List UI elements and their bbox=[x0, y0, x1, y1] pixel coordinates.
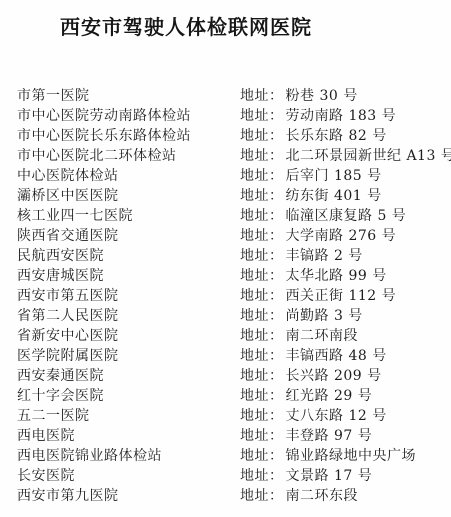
hospital-row: 核工业四一七医院地址：临潼区康复路 5 号 bbox=[0, 206, 451, 226]
hospital-address: 地址：长兴路 209 号 bbox=[240, 366, 382, 386]
hospital-row: 市第一医院地址：粉巷 30 号 bbox=[0, 86, 451, 106]
hospital-name: 核工业四一七医院 bbox=[17, 206, 223, 226]
address-value: 临潼区康复路 5 号 bbox=[286, 208, 407, 224]
hospital-row: 陕西省交通医院地址：大学南路 276 号 bbox=[0, 226, 451, 246]
address-label: 地址： bbox=[240, 328, 284, 344]
address-value: 大学南路 276 号 bbox=[286, 228, 397, 244]
hospital-address: 地址：太华北路 99 号 bbox=[240, 266, 387, 286]
address-value: 南二环东段 bbox=[286, 488, 359, 504]
hospital-address: 地址：丰登路 97 号 bbox=[240, 426, 372, 446]
hospital-row: 市中心医院劳动南路体检站地址：劳动南路 183 号 bbox=[0, 106, 451, 126]
address-value: 北二环景园新世纪 A13 号 bbox=[286, 148, 451, 164]
hospital-name: 西安市第五医院 bbox=[17, 286, 223, 306]
hospital-row: 西安市第五医院地址：西关正街 112 号 bbox=[0, 286, 451, 306]
hospital-address: 地址：尚勤路 3 号 bbox=[240, 306, 363, 326]
hospital-row: 医学院附属医院地址：丰镐西路 48 号 bbox=[0, 346, 451, 366]
address-label: 地址： bbox=[240, 148, 284, 164]
hospital-row: 民航西安医院地址：丰镐路 2 号 bbox=[0, 246, 451, 266]
address-label: 地址： bbox=[240, 488, 284, 504]
hospital-address: 地址：红光路 29 号 bbox=[240, 386, 372, 406]
hospital-name: 市中心医院劳动南路体检站 bbox=[17, 106, 223, 126]
hospital-address: 地址：丰镐路 2 号 bbox=[240, 246, 363, 266]
hospital-name: 陕西省交通医院 bbox=[17, 226, 223, 246]
hospital-row: 市中心医院北二环体检站地址：北二环景园新世纪 A13 号 bbox=[0, 146, 451, 166]
hospital-row: 西电医院地址：丰登路 97 号 bbox=[0, 426, 451, 446]
address-value: 丰镐路 2 号 bbox=[286, 248, 363, 264]
address-label: 地址： bbox=[240, 88, 284, 104]
hospital-row: 市中心医院长乐东路体检站地址：长乐东路 82 号 bbox=[0, 126, 451, 146]
address-label: 地址： bbox=[240, 308, 284, 324]
hospital-address: 地址：临潼区康复路 5 号 bbox=[240, 206, 406, 226]
address-value: 锦业路绿地中央广场 bbox=[286, 448, 417, 464]
hospital-row: 西安秦通医院地址：长兴路 209 号 bbox=[0, 366, 451, 386]
address-value: 纺东街 401 号 bbox=[286, 188, 382, 204]
hospital-address: 地址：长乐东路 82 号 bbox=[240, 126, 387, 146]
hospital-address: 地址：南二环东段 bbox=[240, 486, 358, 506]
address-label: 地址： bbox=[240, 168, 284, 184]
page-title: 西安市驾驶人体检联网医院 bbox=[0, 0, 451, 39]
hospital-name: 市第一医院 bbox=[17, 86, 223, 106]
address-value: 丰登路 97 号 bbox=[286, 428, 373, 444]
address-label: 地址： bbox=[240, 428, 284, 444]
address-label: 地址： bbox=[240, 368, 284, 384]
address-value: 长乐东路 82 号 bbox=[286, 128, 387, 144]
address-value: 太华北路 99 号 bbox=[286, 268, 387, 284]
address-value: 后宰门 185 号 bbox=[286, 168, 382, 184]
hospital-address: 地址：大学南路 276 号 bbox=[240, 226, 396, 246]
hospital-row: 西安唐城医院地址：太华北路 99 号 bbox=[0, 266, 451, 286]
hospital-row: 五二一医院地址：丈八东路 12 号 bbox=[0, 406, 451, 426]
address-value: 劳动南路 183 号 bbox=[286, 108, 397, 124]
hospital-name: 省第二人民医院 bbox=[17, 306, 223, 326]
hospital-address: 地址：纺东街 401 号 bbox=[240, 186, 382, 206]
address-label: 地址： bbox=[240, 288, 284, 304]
hospital-address: 地址：丈八东路 12 号 bbox=[240, 406, 387, 426]
address-label: 地址： bbox=[240, 108, 284, 124]
hospital-name: 五二一医院 bbox=[17, 406, 223, 426]
hospital-name: 西安秦通医院 bbox=[17, 366, 223, 386]
hospital-address: 地址：后宰门 185 号 bbox=[240, 166, 382, 186]
hospital-row: 中心医院体检站地址：后宰门 185 号 bbox=[0, 166, 451, 186]
hospital-name: 灞桥区中医医院 bbox=[17, 186, 223, 206]
hospital-name: 西电医院 bbox=[17, 426, 223, 446]
hospital-name: 长安医院 bbox=[17, 466, 223, 486]
hospital-row: 西电医院锦业路体检站地址：锦业路绿地中央广场 bbox=[0, 446, 451, 466]
address-label: 地址： bbox=[240, 128, 284, 144]
hospital-address: 地址：西关正街 112 号 bbox=[240, 286, 396, 306]
address-label: 地址： bbox=[240, 448, 284, 464]
address-value: 南二环南段 bbox=[286, 328, 359, 344]
hospital-address: 地址：锦业路绿地中央广场 bbox=[240, 446, 416, 466]
address-label: 地址： bbox=[240, 188, 284, 204]
address-value: 西关正街 112 号 bbox=[286, 288, 397, 304]
hospital-name: 省新安中心医院 bbox=[17, 326, 223, 346]
hospital-row: 红十字会医院地址：红光路 29 号 bbox=[0, 386, 451, 406]
hospital-name: 西安市第九医院 bbox=[17, 486, 223, 506]
address-value: 文景路 17 号 bbox=[286, 468, 373, 484]
hospital-row: 西安市第九医院地址：南二环东段 bbox=[0, 486, 451, 506]
address-value: 丈八东路 12 号 bbox=[286, 408, 387, 424]
hospital-name: 西电医院锦业路体检站 bbox=[17, 446, 223, 466]
address-label: 地址： bbox=[240, 228, 284, 244]
hospital-row: 省新安中心医院地址：南二环南段 bbox=[0, 326, 451, 346]
address-label: 地址： bbox=[240, 268, 284, 284]
address-label: 地址： bbox=[240, 408, 284, 424]
hospital-address: 地址：南二环南段 bbox=[240, 326, 358, 346]
hospital-address: 地址：北二环景园新世纪 A13 号 bbox=[240, 146, 451, 166]
document-page: 西安市驾驶人体检联网医院 市第一医院地址：粉巷 30 号 市中心医院劳动南路体检… bbox=[0, 0, 451, 517]
hospital-address: 地址：劳动南路 183 号 bbox=[240, 106, 396, 126]
hospital-name: 中心医院体检站 bbox=[17, 166, 223, 186]
address-label: 地址： bbox=[240, 468, 284, 484]
hospital-address: 地址：丰镐西路 48 号 bbox=[240, 346, 387, 366]
hospital-name: 市中心医院长乐东路体检站 bbox=[17, 126, 223, 146]
hospital-name: 民航西安医院 bbox=[17, 246, 223, 266]
address-label: 地址： bbox=[240, 388, 284, 404]
address-label: 地址： bbox=[240, 208, 284, 224]
hospital-name: 医学院附属医院 bbox=[17, 346, 223, 366]
address-value: 长兴路 209 号 bbox=[286, 368, 382, 384]
address-label: 地址： bbox=[240, 348, 284, 364]
hospital-address: 地址：文景路 17 号 bbox=[240, 466, 372, 486]
hospital-row: 长安医院地址：文景路 17 号 bbox=[0, 466, 451, 486]
hospital-name: 红十字会医院 bbox=[17, 386, 223, 406]
hospital-row: 省第二人民医院地址：尚勤路 3 号 bbox=[0, 306, 451, 326]
address-label: 地址： bbox=[240, 248, 284, 264]
address-value: 粉巷 30 号 bbox=[286, 88, 358, 104]
hospital-name: 市中心医院北二环体检站 bbox=[17, 146, 223, 166]
address-value: 尚勤路 3 号 bbox=[286, 308, 363, 324]
hospital-list: 市第一医院地址：粉巷 30 号 市中心医院劳动南路体检站地址：劳动南路 183 … bbox=[0, 86, 451, 506]
address-value: 红光路 29 号 bbox=[286, 388, 373, 404]
address-value: 丰镐西路 48 号 bbox=[286, 348, 387, 364]
hospital-row: 灞桥区中医医院地址：纺东街 401 号 bbox=[0, 186, 451, 206]
hospital-address: 地址：粉巷 30 号 bbox=[240, 86, 358, 106]
hospital-name: 西安唐城医院 bbox=[17, 266, 223, 286]
